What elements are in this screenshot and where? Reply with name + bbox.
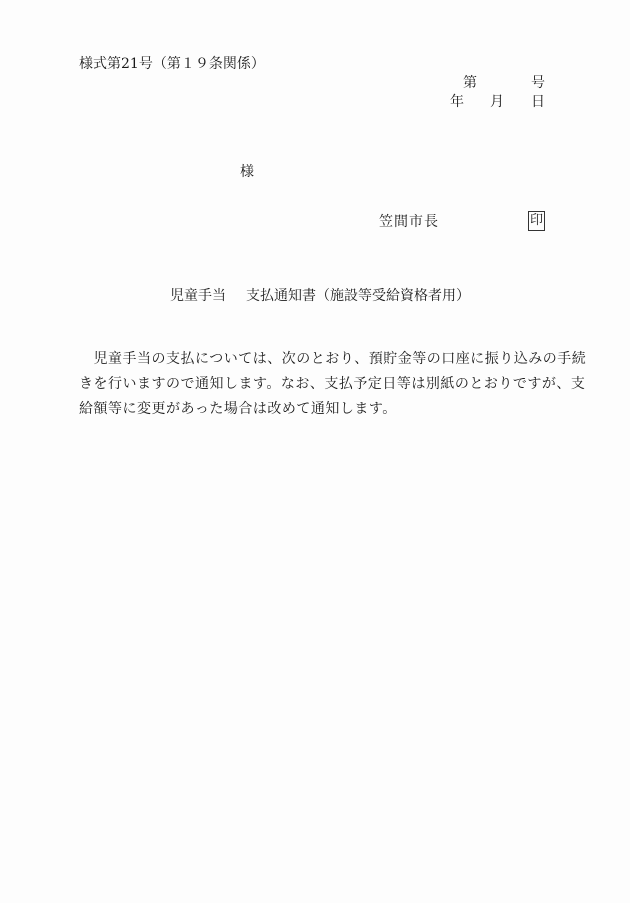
title-part-notice: 支払通知書（施設等受給資格者用） xyxy=(246,288,470,304)
title-part-benefit: 児童手当 xyxy=(170,288,226,304)
form-identifier: 様式第21号（第１９条関係） xyxy=(79,56,265,72)
body-paragraph: 児童手当の支払については、次のとおり、預貯金等の口座に振り込みの手続 きを行いま… xyxy=(79,347,549,422)
document-title: 児童手当支払通知書（施設等受給資格者用） xyxy=(170,288,470,304)
document-number-suffix: 号 xyxy=(531,75,545,91)
date-month-label: 月 xyxy=(490,94,504,110)
document-number-prefix: 第 xyxy=(463,75,477,91)
issuer-name: 笠間市長 xyxy=(379,214,439,230)
recipient-honorific: 様 xyxy=(240,164,254,180)
date-day-label: 日 xyxy=(531,94,545,110)
body-line: 児童手当の支払については、次のとおり、預貯金等の口座に振り込みの手続 xyxy=(79,347,549,372)
date-year-label: 年 xyxy=(450,94,464,110)
document-page: 様式第21号（第１９条関係） 第 号 年 月 日 様 笠間市長 印 児童手当支払… xyxy=(0,0,630,903)
body-line: 給額等に変更があった場合は改めて通知します。 xyxy=(79,397,549,422)
seal-mark-icon: 印 xyxy=(528,211,545,231)
body-line: きを行いますので通知します。なお、支払予定日等は別紙のとおりですが、支 xyxy=(79,372,549,397)
